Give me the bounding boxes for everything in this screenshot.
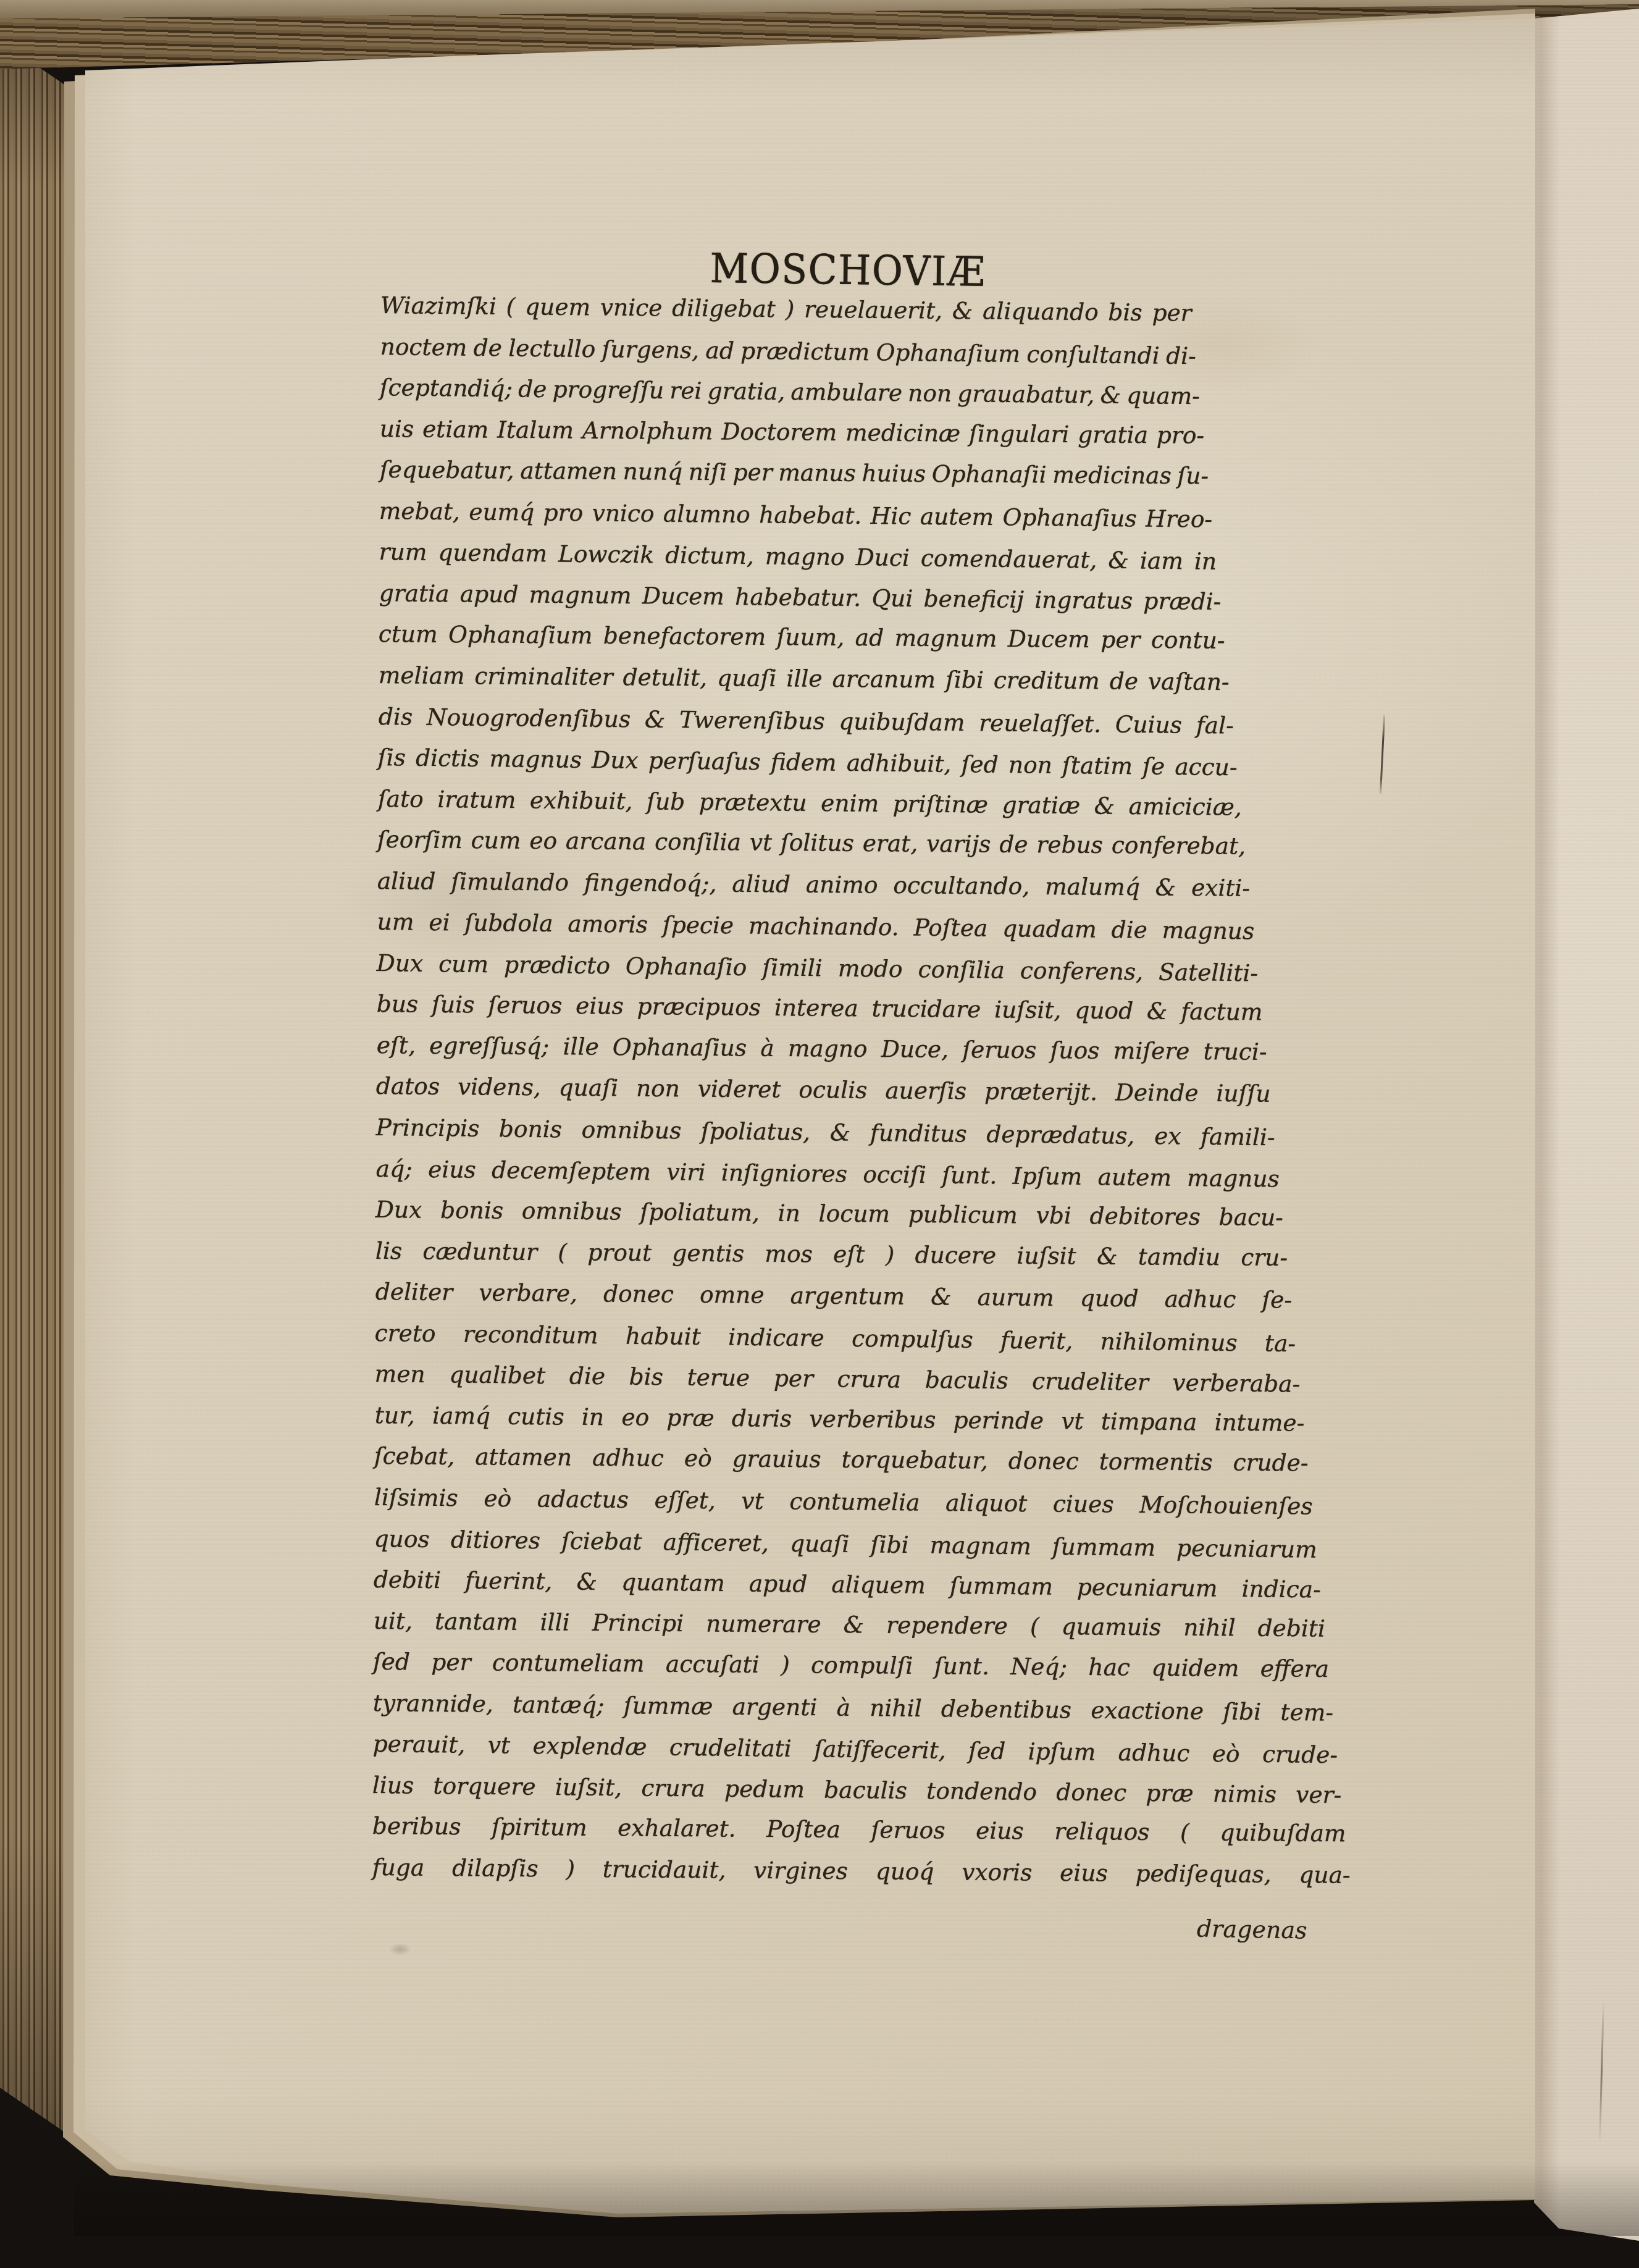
word: ditiores xyxy=(450,1526,540,1554)
word: de xyxy=(473,334,502,361)
word: ſequebatur, xyxy=(379,456,514,484)
word: ad xyxy=(855,624,884,651)
word: indica- xyxy=(1241,1575,1321,1603)
word: creditum xyxy=(994,666,1100,694)
word: fuerit, xyxy=(1000,1326,1073,1354)
word: ſeorſim xyxy=(377,826,463,854)
word: quamuis xyxy=(1061,1613,1161,1640)
word: Ducem xyxy=(1008,625,1090,653)
word: beribus xyxy=(372,1812,461,1840)
word: omne xyxy=(699,1281,764,1309)
word: ſunt. xyxy=(934,1652,990,1680)
word: in xyxy=(581,1403,604,1430)
word: Ophanaſium xyxy=(448,621,593,649)
word: ſurgens, xyxy=(602,335,699,364)
word: perauit, xyxy=(372,1730,465,1758)
word: conferebat, xyxy=(1112,831,1246,860)
word: diligebat xyxy=(672,295,776,323)
word: etiam xyxy=(422,415,489,443)
word: magnam xyxy=(929,1531,1031,1560)
word: vt xyxy=(750,829,773,856)
next-page-edge xyxy=(1532,6,1639,2261)
word: huius xyxy=(861,460,926,487)
word: ſibi xyxy=(1223,1698,1261,1726)
word: à xyxy=(760,1035,774,1062)
word: ſato xyxy=(377,785,423,813)
word: præ xyxy=(1146,1779,1194,1807)
word: pro- xyxy=(1157,421,1205,449)
word: prædi- xyxy=(1143,587,1221,615)
word: Italum xyxy=(497,416,574,443)
word: quod xyxy=(1079,1285,1138,1312)
word: ) xyxy=(785,295,794,322)
word: rei xyxy=(669,377,702,405)
word: quantam xyxy=(621,1568,725,1597)
word: famili- xyxy=(1201,1123,1275,1151)
word: ille xyxy=(786,665,823,692)
word: vt xyxy=(741,1487,764,1514)
word: Poſtea xyxy=(913,914,987,942)
word: nimis xyxy=(1213,1780,1276,1808)
word: exiti- xyxy=(1191,874,1250,902)
word: bus xyxy=(377,990,419,1018)
word: & xyxy=(843,1611,864,1638)
word: aurum xyxy=(977,1283,1054,1311)
word: pecuniarum xyxy=(1077,1573,1218,1602)
word: & xyxy=(1097,1242,1118,1269)
word: ſatiſfecerit, xyxy=(814,1736,946,1764)
word: detulit, xyxy=(622,663,707,691)
word: adhuc xyxy=(592,1444,664,1472)
word: funditus xyxy=(870,1119,967,1148)
word: quibuſdam xyxy=(839,707,965,736)
word: ſcebat, xyxy=(374,1442,455,1470)
word: argenti xyxy=(732,1693,818,1721)
word: quadam xyxy=(1002,915,1097,943)
word: quidem xyxy=(1152,1654,1239,1682)
word: quem xyxy=(525,293,590,321)
word: ſed xyxy=(373,1648,410,1675)
word: crude- xyxy=(1262,1741,1338,1768)
word: ſis xyxy=(378,744,406,771)
word: vnice xyxy=(600,293,663,321)
word: gratia, xyxy=(708,377,786,405)
word: eo xyxy=(621,1403,649,1430)
word: Dux xyxy=(592,746,639,774)
word: eſt xyxy=(833,1240,865,1267)
word: lis xyxy=(375,1237,403,1264)
word: & xyxy=(1094,792,1115,819)
word: per xyxy=(1100,626,1140,654)
word: non xyxy=(908,379,952,407)
word: Nouogrodenſibus xyxy=(426,703,631,732)
word: reuelaſſet. xyxy=(978,709,1100,737)
word: per xyxy=(432,1648,471,1676)
word: ſunt. xyxy=(942,1161,997,1189)
word: dis xyxy=(378,703,413,731)
word: magnum xyxy=(529,581,631,609)
word: rependere xyxy=(886,1611,1008,1639)
word: in xyxy=(1194,548,1217,575)
word: ſpiritum xyxy=(492,1813,587,1841)
word: amiciciæ, xyxy=(1128,792,1242,821)
word: ſu- xyxy=(1177,462,1209,489)
word: die xyxy=(1111,916,1147,944)
word: torquere xyxy=(434,1772,536,1800)
word: Poſtea xyxy=(766,1815,840,1843)
word: ( xyxy=(558,1238,567,1266)
word: machinando. xyxy=(748,912,899,941)
word: ſummæ xyxy=(624,1692,713,1720)
word: ſed xyxy=(968,1737,1006,1765)
word: nihil xyxy=(870,1694,922,1722)
word: vbi xyxy=(1036,1202,1072,1230)
word: eſt, xyxy=(376,1031,415,1059)
word: eius xyxy=(1060,1859,1108,1887)
word: hac xyxy=(1089,1653,1131,1681)
word: ver- xyxy=(1296,1781,1341,1808)
word: quam- xyxy=(1126,382,1200,409)
word: terue xyxy=(687,1364,750,1392)
word: auerſis xyxy=(885,1077,966,1105)
word: fingendoq́;, xyxy=(584,868,717,897)
word: datos xyxy=(376,1072,440,1100)
word: ſed xyxy=(962,750,999,778)
word: à xyxy=(837,1694,851,1721)
word: Cuius xyxy=(1115,710,1182,738)
word: quendam xyxy=(438,539,547,567)
word: dictis xyxy=(416,744,480,772)
word: iuſſu xyxy=(1217,1080,1271,1107)
word: quoq́ xyxy=(875,1857,934,1885)
word: illi xyxy=(540,1608,569,1636)
word: exactione xyxy=(1091,1696,1204,1724)
word: aliquem xyxy=(831,1571,926,1599)
word: & xyxy=(1108,547,1129,574)
word: publicum xyxy=(908,1201,1018,1229)
word: varijs xyxy=(926,830,991,858)
word: nihilominus xyxy=(1100,1327,1238,1356)
word: explendæ xyxy=(532,1732,647,1760)
word: Deinde xyxy=(1115,1079,1199,1107)
word: omnibus xyxy=(581,1116,681,1144)
word: baculis xyxy=(824,1776,907,1804)
word: fidem xyxy=(771,748,837,776)
word: aliud xyxy=(377,867,436,895)
word: die xyxy=(569,1363,605,1390)
word: magnus xyxy=(489,745,582,773)
word: contu- xyxy=(1151,626,1225,654)
word: creto xyxy=(375,1319,436,1347)
word: torquebatur, xyxy=(842,1446,989,1474)
word: compulſi xyxy=(811,1652,913,1679)
word: ſpecie xyxy=(662,911,734,939)
word: ( xyxy=(506,293,516,320)
word: apud xyxy=(459,580,518,608)
word: prout xyxy=(587,1238,652,1266)
word: ſciebat xyxy=(561,1527,642,1555)
word: lectullo xyxy=(508,334,595,363)
word: ſeruos xyxy=(871,1816,945,1844)
word: donec xyxy=(603,1280,673,1308)
word: oculis xyxy=(799,1076,868,1104)
word: vt xyxy=(487,1731,510,1758)
word: qualibet xyxy=(449,1361,545,1390)
word: ſtatim xyxy=(1062,752,1133,779)
word: fuga xyxy=(372,1854,424,1881)
word: tamdiu xyxy=(1138,1243,1220,1270)
word: gratia xyxy=(379,579,449,607)
word: pro xyxy=(543,498,584,526)
word: benefactorem xyxy=(603,622,766,650)
word: virgines xyxy=(753,1857,848,1884)
word: in xyxy=(778,1199,801,1227)
word: ingratus xyxy=(1034,586,1133,615)
word: accu- xyxy=(1175,753,1238,781)
word: manus xyxy=(778,459,856,487)
word: iuſsit xyxy=(1017,1241,1076,1269)
word: ta- xyxy=(1265,1329,1296,1357)
word: alumno xyxy=(663,500,750,527)
word: liſsimis xyxy=(374,1484,458,1511)
word: ille xyxy=(563,1033,599,1060)
word: quaſi xyxy=(789,1529,849,1557)
word: ) xyxy=(885,1241,894,1268)
word: autem xyxy=(920,503,994,531)
word: de xyxy=(1000,831,1029,858)
word: magnum xyxy=(895,624,997,652)
word: crudelitati xyxy=(669,1734,791,1762)
word: & xyxy=(930,1283,951,1310)
word: per xyxy=(1152,299,1192,327)
word: ſolitus xyxy=(781,829,854,857)
word: uis xyxy=(380,415,414,442)
word: cum xyxy=(438,950,488,978)
word: adactus xyxy=(537,1485,629,1513)
word: habebatur. xyxy=(734,583,860,611)
word: non xyxy=(1008,751,1052,779)
word: eſſet, xyxy=(654,1486,716,1514)
word: & xyxy=(830,1119,851,1146)
word: magno xyxy=(787,1035,867,1062)
word: eumq́ xyxy=(469,498,534,526)
word: rum xyxy=(379,538,427,566)
word: deliter xyxy=(375,1278,453,1306)
word: bis xyxy=(1108,298,1142,326)
word: pediſequas, xyxy=(1135,1860,1271,1888)
running-title: MOSCHOVIÆ xyxy=(710,245,977,296)
word: arcanum xyxy=(832,665,936,693)
word: ſimili xyxy=(762,954,823,981)
word: adhibuit, xyxy=(847,749,952,778)
word: eius xyxy=(428,1156,476,1183)
word: & xyxy=(1147,997,1168,1025)
word: tem- xyxy=(1280,1698,1333,1726)
word: uit, xyxy=(373,1607,412,1635)
word: iam xyxy=(1140,547,1183,575)
word: modo xyxy=(838,954,903,982)
word: præ xyxy=(666,1404,715,1432)
word: tondendo xyxy=(926,1777,1037,1805)
word: ſummam xyxy=(950,1572,1054,1600)
word: contumelia xyxy=(789,1487,920,1516)
word: timpana xyxy=(1100,1408,1197,1435)
word: ſibi xyxy=(870,1531,908,1558)
word: verberibus xyxy=(809,1405,936,1434)
word: crudeliter xyxy=(1032,1367,1149,1396)
word: mos xyxy=(765,1240,813,1267)
word: enim xyxy=(821,789,879,817)
word: comendauerat, xyxy=(921,545,1097,574)
word: beneficij xyxy=(923,585,1024,613)
word: reconditum xyxy=(463,1320,598,1349)
word: magnus xyxy=(1187,1164,1280,1192)
word: ipſum xyxy=(1028,1738,1096,1766)
word: animo xyxy=(806,870,878,898)
word: Qui xyxy=(871,584,913,612)
word: Wiazimſki xyxy=(380,292,497,320)
word: erat, xyxy=(863,829,918,857)
word: trucidare xyxy=(871,995,981,1023)
word: reliquos xyxy=(1054,1818,1149,1846)
word: donec xyxy=(1008,1447,1079,1475)
word: quod xyxy=(1075,997,1133,1025)
word: magnus xyxy=(1162,917,1254,945)
word: aliquot xyxy=(945,1489,1028,1517)
word: ſingulari xyxy=(969,419,1070,447)
word: eò xyxy=(684,1445,712,1472)
word: aliquando xyxy=(983,297,1099,325)
word: & xyxy=(952,297,973,324)
word: qua- xyxy=(1299,1861,1351,1889)
word: videns, xyxy=(458,1073,541,1101)
word: Ophanaſium xyxy=(876,338,1020,367)
word: ſeruos xyxy=(488,991,562,1019)
word: ſceptandiq́; xyxy=(380,374,513,402)
word: noctem xyxy=(380,333,467,361)
word: crura xyxy=(837,1366,901,1393)
word: rebus xyxy=(1037,831,1104,859)
word: iratum xyxy=(437,786,516,813)
word: afficeret, xyxy=(663,1528,769,1556)
word: grauius xyxy=(732,1445,821,1473)
word: intume- xyxy=(1214,1408,1304,1436)
word: occiſi xyxy=(863,1160,926,1188)
word: accuſati xyxy=(666,1650,760,1678)
word: nihil xyxy=(1183,1613,1236,1641)
word: ſeruos xyxy=(962,1036,1036,1064)
word: decemſeptem xyxy=(492,1156,651,1185)
word: non xyxy=(636,1075,680,1102)
word: fuerint, xyxy=(465,1567,553,1595)
word: Principis xyxy=(376,1114,480,1142)
word: reuelauerit, xyxy=(804,296,942,324)
word: Duci xyxy=(855,544,910,571)
word: malumq́ xyxy=(1045,873,1140,901)
word: ſibi xyxy=(945,666,984,693)
word: meliam xyxy=(378,661,464,689)
word: vxoris xyxy=(962,1858,1032,1886)
word: eo xyxy=(530,827,558,854)
word: debitores xyxy=(1090,1202,1201,1230)
word: ſpoliatus, xyxy=(701,1117,811,1146)
word: egreſſusq́; xyxy=(429,1032,549,1060)
word: tormentis xyxy=(1099,1448,1213,1476)
word: ciues xyxy=(1053,1490,1114,1518)
word: de xyxy=(1109,667,1138,694)
word: tur, xyxy=(374,1401,414,1429)
word: conſultandi xyxy=(1026,340,1160,369)
word: & xyxy=(1100,382,1121,409)
word: apud xyxy=(749,1570,808,1598)
word: magno xyxy=(765,543,845,571)
word: Principi xyxy=(592,1608,684,1636)
word: ſuis xyxy=(432,991,475,1018)
word: bonis xyxy=(440,1196,503,1224)
word: donec xyxy=(1056,1778,1126,1806)
word: quibuſdam xyxy=(1220,1819,1346,1847)
word: quaſi xyxy=(559,1074,619,1102)
word: debiti xyxy=(374,1566,442,1594)
word: iuſsit, xyxy=(555,1773,622,1801)
word: præcipuos xyxy=(637,993,761,1021)
word: lius xyxy=(372,1771,414,1799)
word: ſuos xyxy=(1050,1036,1099,1064)
word: Ophanaſii xyxy=(931,460,1046,488)
word: medicinas xyxy=(1052,461,1172,489)
word: Ophanaſius xyxy=(612,1033,746,1062)
word: attamen xyxy=(475,1443,572,1471)
word: conſilia xyxy=(918,955,1005,984)
word: ſub xyxy=(647,787,685,815)
catchword: dragenas xyxy=(1197,1915,1307,1944)
word: iuſsit, xyxy=(994,996,1062,1024)
word: Ducem xyxy=(642,582,724,610)
word: iamq́ xyxy=(432,1402,490,1430)
word: argentum xyxy=(790,1282,905,1310)
word: Arnolphum xyxy=(582,416,713,445)
word: attamen xyxy=(520,457,617,485)
word: verbare, xyxy=(479,1279,577,1307)
word: de xyxy=(518,375,547,402)
word: ) xyxy=(781,1651,790,1678)
word: mebat, xyxy=(379,497,461,525)
word: omnibus xyxy=(522,1197,622,1225)
word: baculis xyxy=(924,1366,1008,1394)
word: fal- xyxy=(1196,711,1233,739)
word: gratiæ xyxy=(1002,791,1080,819)
word: Hreo- xyxy=(1146,505,1213,532)
word: di- xyxy=(1165,342,1196,369)
word: trucidauit, xyxy=(602,1855,726,1884)
word: ſimulando xyxy=(451,868,569,896)
word: exhalaret. xyxy=(618,1814,736,1842)
word: cum xyxy=(471,826,521,854)
word: Neq́; xyxy=(1011,1653,1068,1681)
word: perſuaſus xyxy=(648,747,761,775)
word: viri xyxy=(666,1158,706,1186)
word: Dux xyxy=(375,1196,422,1224)
word: ſummam xyxy=(1052,1532,1155,1561)
word: effera xyxy=(1260,1655,1330,1682)
word: Satelliti- xyxy=(1159,958,1259,986)
word: occultando, xyxy=(893,871,1029,900)
word: nunq́ xyxy=(622,458,682,485)
word: adhuc xyxy=(1118,1739,1189,1766)
word: conſilia xyxy=(655,828,741,856)
word: pecuniarum xyxy=(1176,1534,1317,1563)
word: interea xyxy=(774,994,858,1022)
